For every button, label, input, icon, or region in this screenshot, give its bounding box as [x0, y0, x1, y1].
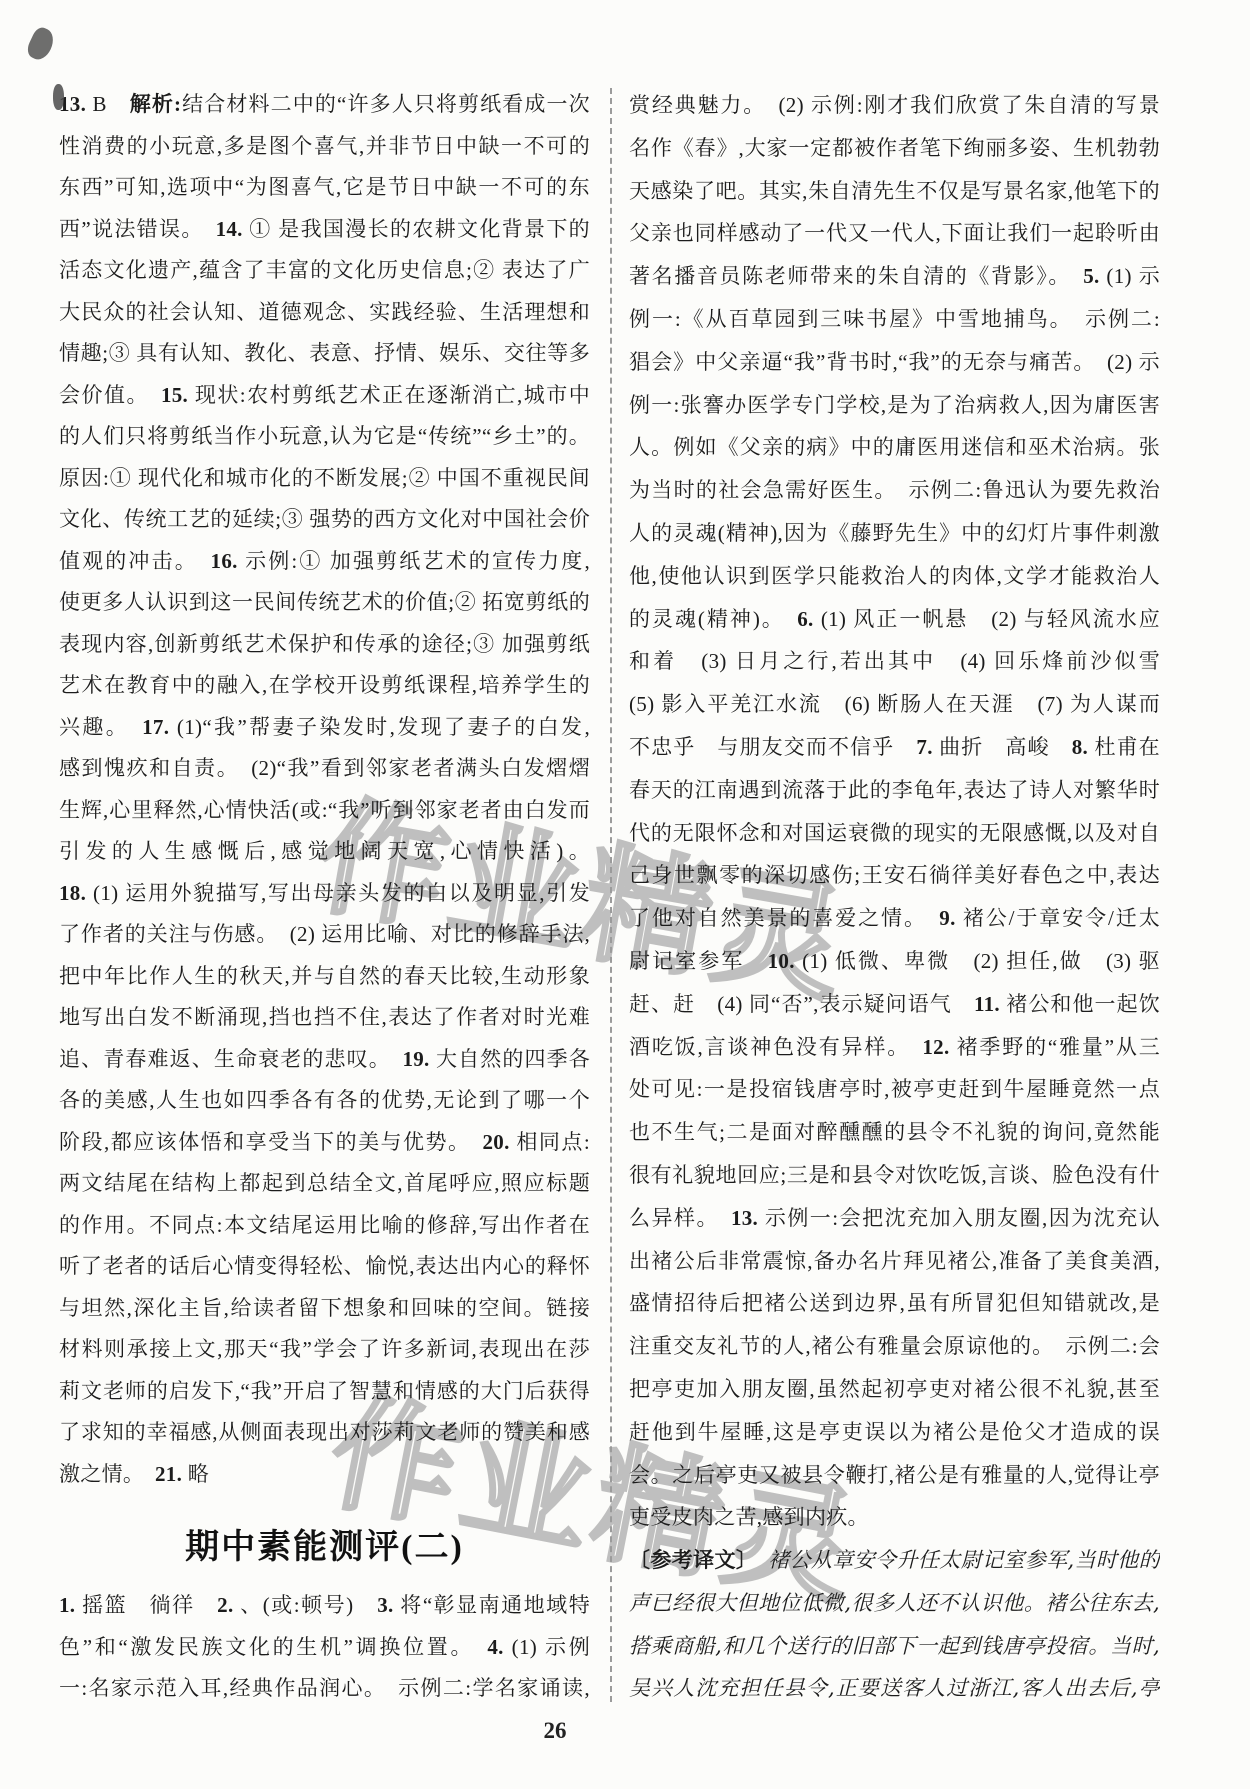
- text-line: 听了老者的话后心情变得轻松、愉悦,表达出内心的释怀: [59, 1246, 590, 1288]
- text-line: 活态文化遗产,蕴含了丰富的文化历史信息;② 表达了广: [59, 250, 590, 292]
- text-line: 为当时的社会急需好医生。 示例二:鲁迅认为要先救治: [629, 469, 1160, 512]
- text-line: 会。之后亭吏又被县令鞭打,褚公是有雅量的人,觉得让亭: [629, 1454, 1160, 1497]
- text-line: 不忠乎 与朋友交而不信乎 7. 曲折 高峻 8. 杜甫在: [629, 726, 1160, 769]
- text-line: 己身世飘零的深切感伤;王安石徜徉美好春色之中,表达: [629, 854, 1160, 897]
- text-line: 13. B 解析:结合材料二中的“许多人只将剪纸看成一次: [59, 84, 590, 126]
- text-line: 尉记室参军 10. (1) 低微、卑微 (2) 担任,做 (3) 驱: [629, 940, 1160, 983]
- text-line: 搭乘商船,和几个送行的旧部下一起到钱唐亭投宿。当时,: [629, 1625, 1160, 1668]
- text-line: 声已经很大但地位低微,很多人还不认识他。褚公往东去,: [629, 1582, 1160, 1625]
- text-line: 盛情招待后把褚公送到边界,虽有所冒犯但知错就改,是: [629, 1282, 1160, 1325]
- text-line: 情趣;③ 具有认知、教化、表意、抒情、娱乐、交往等多重社: [59, 333, 590, 375]
- scan-smudge: [53, 84, 64, 110]
- text-line: 〔参考译文〕 褚公从章安令升任太尉记室参军,当时他的名: [629, 1539, 1160, 1582]
- text-line: 西”说法错误。 14. ① 是我国漫长的农耕文化背景下的: [59, 209, 590, 251]
- text-line: 吴兴人沈充担任县令,正要送客人过浙江,客人出去后,亭: [629, 1667, 1160, 1710]
- text-line: 1. 摇篮 徜徉 2. 、(或:顿号) 3. 将“彰显南通地域特: [59, 1585, 590, 1627]
- text-line: 了他对自然美景的喜爱之情。 9. 褚公/于章安令/迁太: [629, 897, 1160, 940]
- text-line: 追、青春难返、生命衰老的悲叹。 19. 大自然的四季各有: [59, 1039, 590, 1081]
- text-line: 赏经典魅力。 (2) 示例:刚才我们欣赏了朱自清的写景: [629, 84, 1160, 127]
- text-line: 表现内容,创新剪纸艺术保护和传承的途径;③ 加强剪纸: [59, 624, 590, 666]
- text-line: 天感染了吧。其实,朱自清先生不仅是写景名家,他笔下的: [629, 170, 1160, 213]
- text-line: 阶段,都应该体悟和享受当下的美与优势。 20. 相同点:: [59, 1122, 590, 1164]
- text-line: 与坦然,深化主旨,给读者留下想象和回味的空间。链接: [59, 1288, 590, 1330]
- text-line: 材料则承接上文,那天“我”学会了许多新词,表现出在莎: [59, 1329, 590, 1371]
- text-line: 父亲也同样感动了一代又一代人,下面让我们一起聆听由: [629, 212, 1160, 255]
- text-line: 使更多人认识到这一民间传统艺术的价值;② 拓宽剪纸的: [59, 582, 590, 624]
- text-line: 猖会》中父亲逼“我”背书时,“我”的无奈与痛苦。 (2) 示: [629, 341, 1160, 384]
- text-line: 把中年比作人生的秋天,并与自然的春天比较,生动形象: [59, 956, 590, 998]
- text-line: 的作用。不同点:本文结尾运用比喻的修辞,写出作者在: [59, 1205, 590, 1247]
- text-line: 兴趣。 17. (1)“我”帮妻子染发时,发现了妻子的白发,: [59, 707, 590, 749]
- text-line: 的灵魂(精神)。 6. (1) 风正一帆悬 (2) 与轻风流水应: [629, 598, 1160, 641]
- text-line: 代的无限怀念和对国运衰微的现实的无限感慨,以及对自: [629, 812, 1160, 855]
- text-line: 原因:① 现代化和城市化的不断发展;② 中国不重视民间: [59, 458, 590, 500]
- text-line: 文化、传统工艺的延续;③ 强势的西方文化对中国社会价: [59, 499, 590, 541]
- text-line: 艺术在教育中的融入,在学校开设剪纸课程,培养学生的: [59, 665, 590, 707]
- text-line: 莉文老师的启发下,“我”开启了智慧和情感的大门后获得: [59, 1371, 590, 1413]
- text-line: 各的美感,人生也如四季各有各的优势,无论到了哪一个: [59, 1080, 590, 1122]
- text-line: 生辉,心里释然,心情快活(或:“我”听到邻家老者由白发而: [59, 790, 590, 832]
- text-line: 性消费的小玩意,多是图个喜气,并非节日中缺一不可的: [59, 126, 590, 168]
- text-line: 把亭吏加入朋友圈,虽然起初亭吏对褚公很不礼貌,甚至: [629, 1368, 1160, 1411]
- text-line: 会价值。 15. 现状:农村剪纸艺术正在逐渐消亡,城市中: [59, 375, 590, 417]
- text-line: 著名播音员陈老师带来的朱自清的《背影》。 5. (1) 示: [629, 255, 1160, 298]
- text-line: 引发的人生感慨后,感觉地阔天宽,心情快活)。: [59, 831, 590, 873]
- text-line: 名作《春》,大家一定都被作者笔下绚丽多姿、生机勃勃的春: [629, 127, 1160, 170]
- text-line: 激之情。 21. 略: [59, 1454, 590, 1496]
- section-heading: 期中素能测评(二): [59, 1523, 590, 1573]
- text-line: 处可见:一是投宿钱唐亭时,被亭吏赶到牛屋睡竟然一点: [629, 1068, 1160, 1111]
- text-line: 了求知的幸福感,从侧面表现出对莎莉文老师的赞美和感: [59, 1412, 590, 1454]
- page-number: 26: [528, 1718, 582, 1744]
- text-line: 大民众的社会认知、道德观念、实践经验、生活理想和审美: [59, 292, 590, 334]
- column-divider: [610, 88, 612, 1702]
- text-line: 酒吃饭,言谈神色没有异样。 12. 褚季野的“雅量”从三: [629, 1026, 1160, 1069]
- text-line: 了作者的关注与伤感。 (2) 运用比喻、对比的修辞手法,: [59, 914, 590, 956]
- text-line: 和着 (3) 日月之行,若出其中 (4) 回乐烽前沙似雪: [629, 640, 1160, 683]
- text-line: 人。例如《父亲的病》中的庸医用迷信和巫术治病。张謇认: [629, 426, 1160, 469]
- text-line: (5) 影入平羌江水流 (6) 断肠人在天涯 (7) 为人谋而: [629, 683, 1160, 726]
- text-line: 例一:《从百草园到三味书屋》中雪地捕鸟。 示例二:《五: [629, 298, 1160, 341]
- scan-smudge: [24, 25, 57, 63]
- text-line: 人的灵魂(精神),因为《藤野先生》中的幻灯片事件刺激了: [629, 512, 1160, 555]
- text-line: 两文结尾在结构上都起到总结全文,首尾呼应,照应标题: [59, 1163, 590, 1205]
- text-line: 地写出白发不断涌现,挡也挡不住,表达了作者对时光难: [59, 997, 590, 1039]
- text-line: 春天的江南遇到流落于此的李龟年,表达了诗人对繁华时: [629, 769, 1160, 812]
- answer-page: 作业精灵 作业精灵 13. B 解析:结合材料二中的“许多人只将剪纸看成一次性消…: [0, 0, 1250, 1789]
- text-line: 18. (1) 运用外貌描写,写出母亲头发的白以及明显,引发: [59, 873, 590, 915]
- text-line: 赶他到牛屋睡,这是亭吏误以为褚公是伧父才造成的误: [629, 1411, 1160, 1454]
- text-line: 东西”可知,选项中“为图喜气,它是节日中缺一不可的东: [59, 167, 590, 209]
- text-line: 也不生气;二是面对醉醺醺的县令不礼貌的询问,竟然能: [629, 1111, 1160, 1154]
- text-line: 一:名家示范入耳,经典作品润心。 示例二:学名家诵读,: [59, 1668, 590, 1710]
- text-line: 他,使他认识到医学只能救治人的肉体,文学才能救治人: [629, 555, 1160, 598]
- left-column: 13. B 解析:结合材料二中的“许多人只将剪纸看成一次性消费的小玩意,多是图个…: [59, 84, 590, 1710]
- text-line: 吏受皮肉之苦,感到内疚。: [629, 1496, 1160, 1539]
- text-line: 出褚公后非常震惊,备办名片拜见褚公,准备了美食美酒,: [629, 1240, 1160, 1283]
- text-line: 的人们只将剪纸当作小玩意,认为它是“传统”“乡土”的。: [59, 416, 590, 458]
- text-line: 值观的冲击。 16. 示例:① 加强剪纸艺术的宣传力度,: [59, 541, 590, 583]
- text-line: 色”和“激发民族文化的生机”调换位置。 4. (1) 示例: [59, 1627, 590, 1669]
- text-line: 很有礼貌地回应;三是和县令对饮吃饭,言谈、脸色没有什: [629, 1154, 1160, 1197]
- text-line: 感到愧疚和自责。 (2)“我”看到邻家老者满头白发熠熠: [59, 748, 590, 790]
- text-line: 注重交友礼节的人,褚公有雅量会原谅他的。 示例二:会: [629, 1325, 1160, 1368]
- right-column: 赏经典魅力。 (2) 示例:刚才我们欣赏了朱自清的写景名作《春》,大家一定都被作…: [629, 84, 1160, 1710]
- text-line: 例一:张謇办医学专门学校,是为了治病救人,因为庸医害: [629, 384, 1160, 427]
- text-line: 么异样。 13. 示例一:会把沈充加入朋友圈,因为沈充认: [629, 1197, 1160, 1240]
- text-line: 赶、赶 (4) 同“否”,表示疑问语气 11. 褚公和他一起饮: [629, 983, 1160, 1026]
